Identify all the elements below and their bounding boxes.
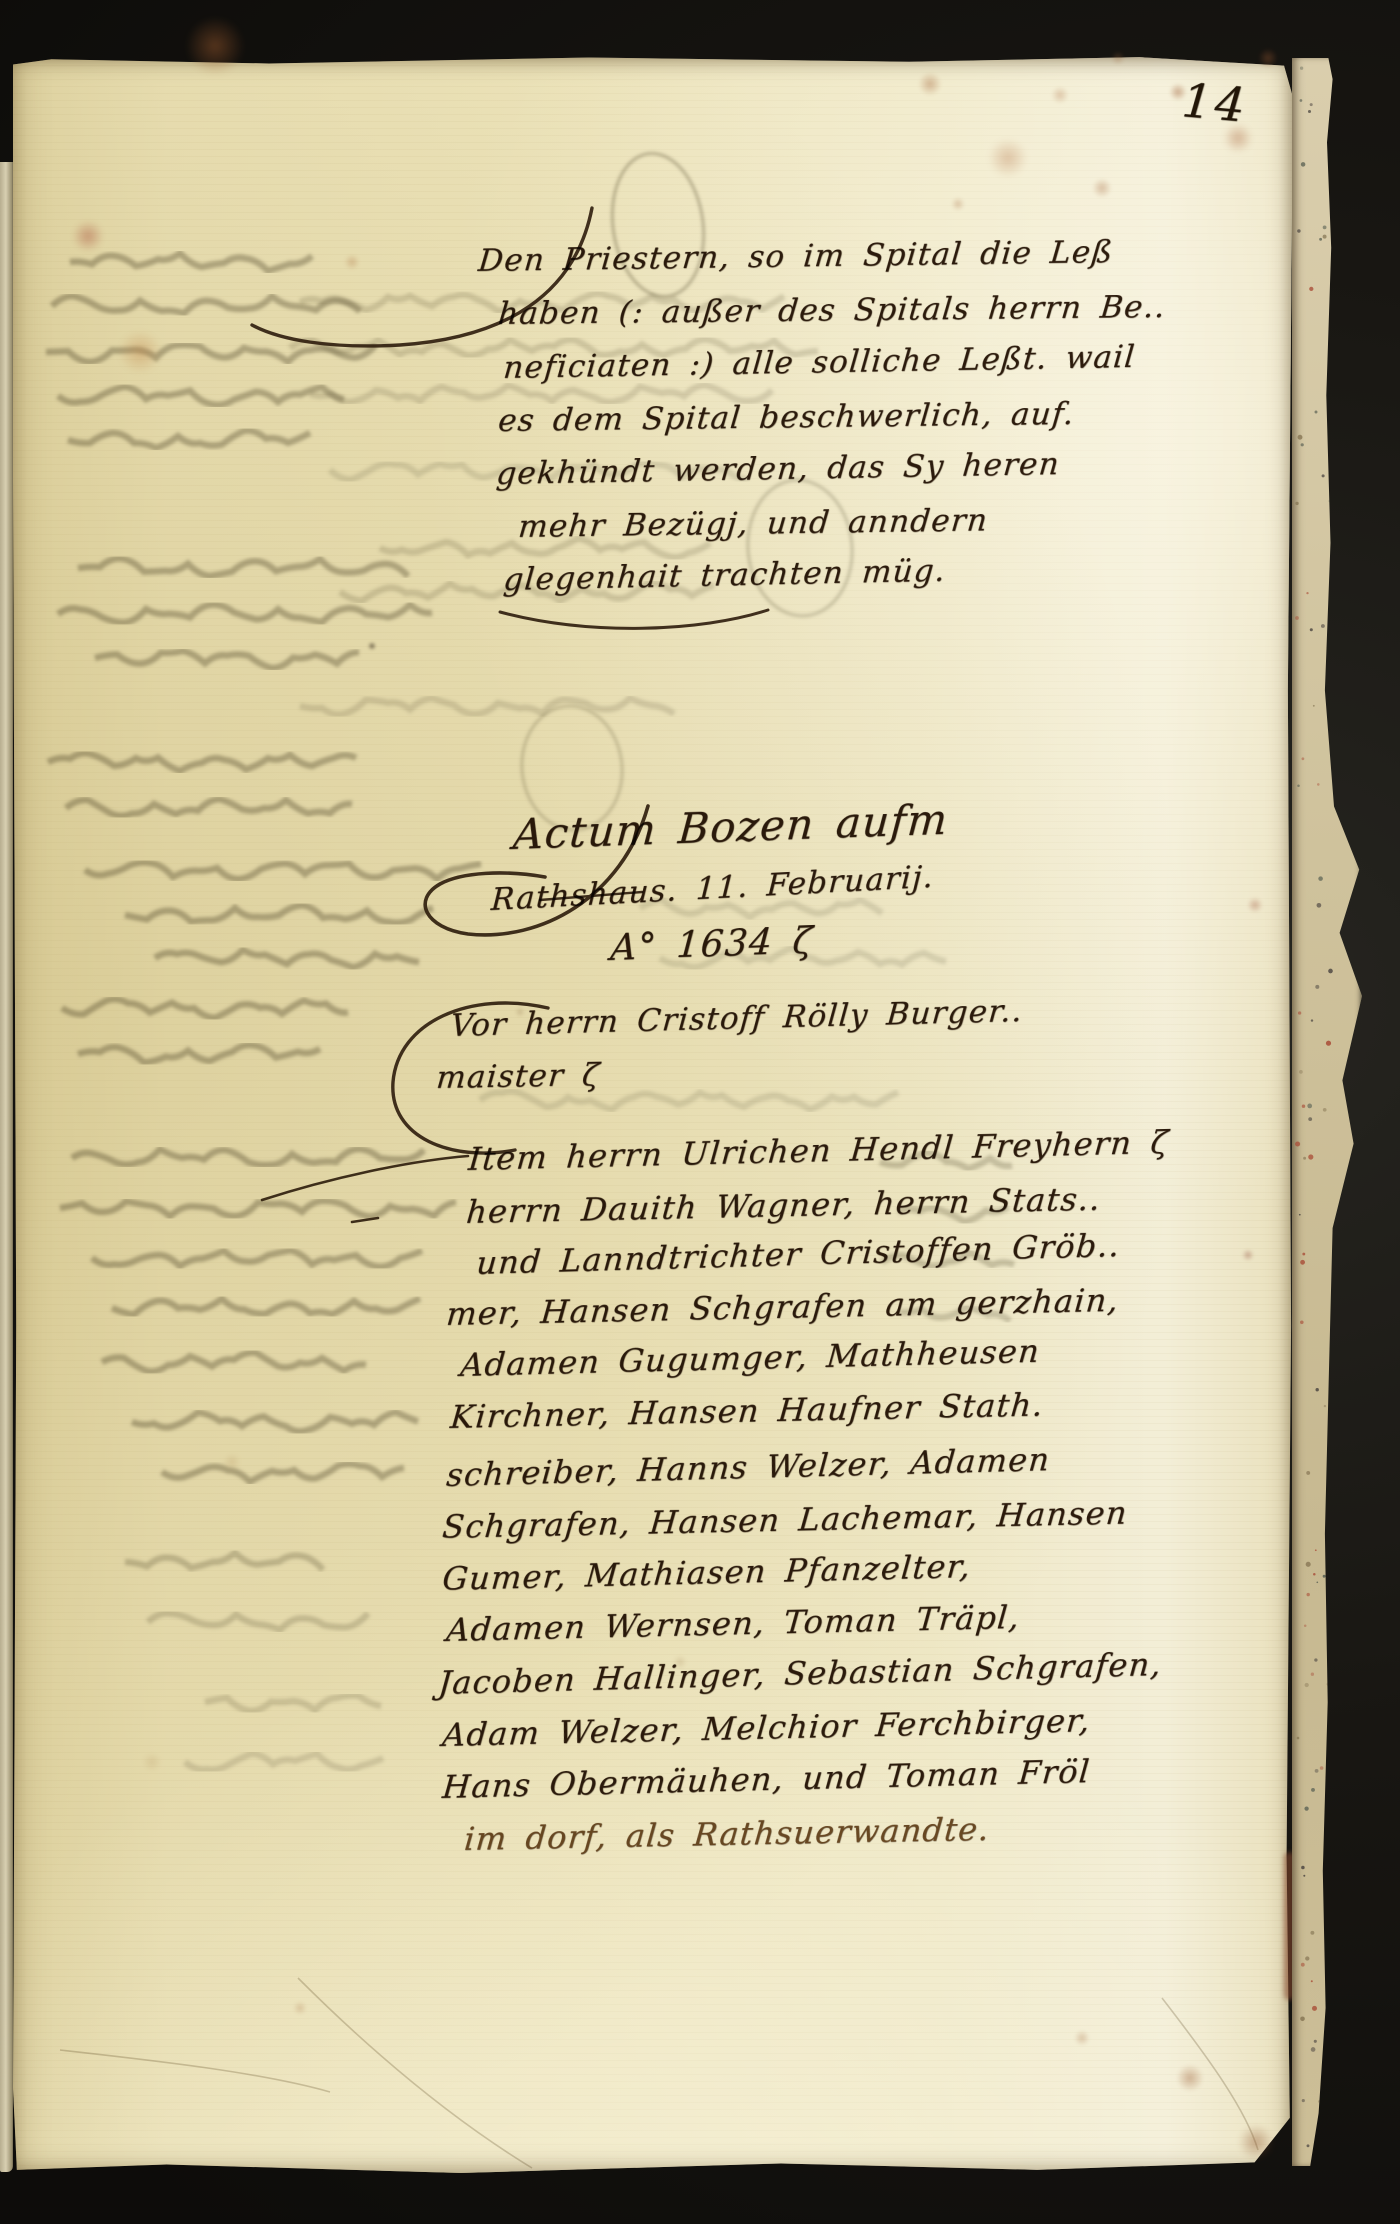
edge-speckle — [1327, 2015, 1329, 2017]
edge-speckle — [1323, 235, 1327, 239]
edge-speckle — [1323, 1575, 1326, 1578]
edge-speckle — [1306, 592, 1308, 594]
edge-speckle — [1298, 1011, 1301, 1014]
edge-speckle — [1310, 628, 1313, 631]
edge-speckle — [1300, 1321, 1304, 1325]
edge-speckle — [1317, 783, 1320, 786]
underlying-page-edge — [0, 162, 13, 2172]
edge-speckle — [1324, 1929, 1329, 1934]
edge-speckle — [1321, 624, 1325, 628]
edge-speckle — [1298, 435, 1303, 440]
edge-speckle — [1301, 162, 1306, 167]
edge-speckle — [1295, 1141, 1300, 1146]
edge-speckle — [1309, 287, 1313, 291]
edge-speckle — [1318, 876, 1323, 881]
edge-speckle — [1306, 1562, 1311, 1567]
fore-edge-speckles — [1292, 58, 1362, 2166]
edge-speckle — [1327, 1753, 1330, 1756]
edge-speckle — [1310, 103, 1313, 106]
edge-speckle — [1300, 99, 1303, 102]
edge-speckle — [1311, 1788, 1315, 1792]
edge-speckle — [1303, 1875, 1305, 1877]
edge-speckle — [1300, 67, 1303, 70]
edge-speckle — [1295, 616, 1299, 620]
edge-speckle — [1316, 1581, 1318, 1583]
edge-speckle — [1297, 785, 1300, 788]
edge-speckle — [1304, 1806, 1308, 1810]
edge-speckle — [1316, 1388, 1319, 1391]
book-fore-edge — [1292, 58, 1362, 2166]
edge-speckle — [1301, 443, 1304, 446]
folio-number: 14 — [1180, 73, 1250, 134]
edge-speckle — [1302, 1253, 1305, 1256]
edge-speckle — [1324, 1405, 1326, 1407]
edge-speckle — [1301, 1866, 1305, 1870]
edge-speckle — [1299, 1214, 1301, 1216]
edge-speckle — [1322, 474, 1325, 477]
edge-speckle — [1304, 1625, 1307, 1628]
edge-speckle — [1323, 226, 1327, 230]
book-photo: Den Priestern, so im Spital die Leßhaben… — [0, 0, 1400, 2224]
edge-speckle — [1315, 1769, 1319, 1773]
edge-speckle — [1311, 1673, 1314, 1676]
edge-speckle — [1315, 985, 1319, 989]
edge-speckle — [1314, 1658, 1317, 1661]
edge-speckle — [1328, 969, 1333, 974]
edge-speckle — [1307, 1593, 1310, 1596]
edge-speckle — [1307, 1104, 1312, 1109]
edge-speckle — [1327, 1682, 1331, 1686]
edge-speckle — [1313, 705, 1315, 707]
edge-speckle — [1329, 366, 1331, 368]
edge-speckle — [1303, 1157, 1306, 1160]
edge-speckle — [1302, 1104, 1305, 1107]
edge-speckle — [1297, 229, 1300, 232]
edge-speckle — [1300, 2017, 1305, 2022]
edge-speckle — [1299, 1070, 1303, 1074]
edge-speckle — [1320, 1766, 1324, 1770]
edge-speckle — [1308, 1117, 1312, 1121]
edge-speckle — [1308, 1154, 1313, 1159]
edge-speckle — [1313, 1573, 1316, 1576]
edge-speckle — [1326, 1041, 1331, 1046]
edge-speckle — [1302, 757, 1305, 760]
edge-speckle — [1302, 2099, 1305, 2102]
edge-speckle — [1310, 1931, 1314, 1935]
edge-speckle — [1306, 1471, 1310, 1475]
edge-speckle — [1295, 502, 1298, 505]
edge-speckle — [1311, 1980, 1313, 1982]
edge-speckle — [1305, 1956, 1309, 1960]
edge-speckle — [1314, 2040, 1317, 2043]
edge-speckle — [1317, 903, 1322, 908]
edge-speckle — [1305, 1683, 1309, 1687]
edge-speckle — [1311, 2047, 1316, 2052]
edge-speckle — [1308, 110, 1311, 113]
edge-speckle — [1307, 2144, 1310, 2147]
edge-speckle — [1323, 1108, 1327, 1112]
edge-speckle — [1301, 1963, 1305, 1967]
edge-speckle — [1297, 1737, 1300, 1740]
edge-speckle — [1315, 411, 1318, 414]
manuscript-page — [13, 55, 1293, 2173]
edge-speckle — [1311, 1019, 1313, 1021]
edge-speckle — [1312, 2006, 1317, 2011]
edge-speckle — [1315, 1549, 1317, 1551]
edge-speckle — [1329, 500, 1332, 503]
edge-speckle — [1319, 238, 1322, 241]
edge-speckle — [1318, 2100, 1321, 2103]
edge-speckle — [1329, 130, 1333, 134]
edge-speckle — [1300, 1260, 1305, 1265]
